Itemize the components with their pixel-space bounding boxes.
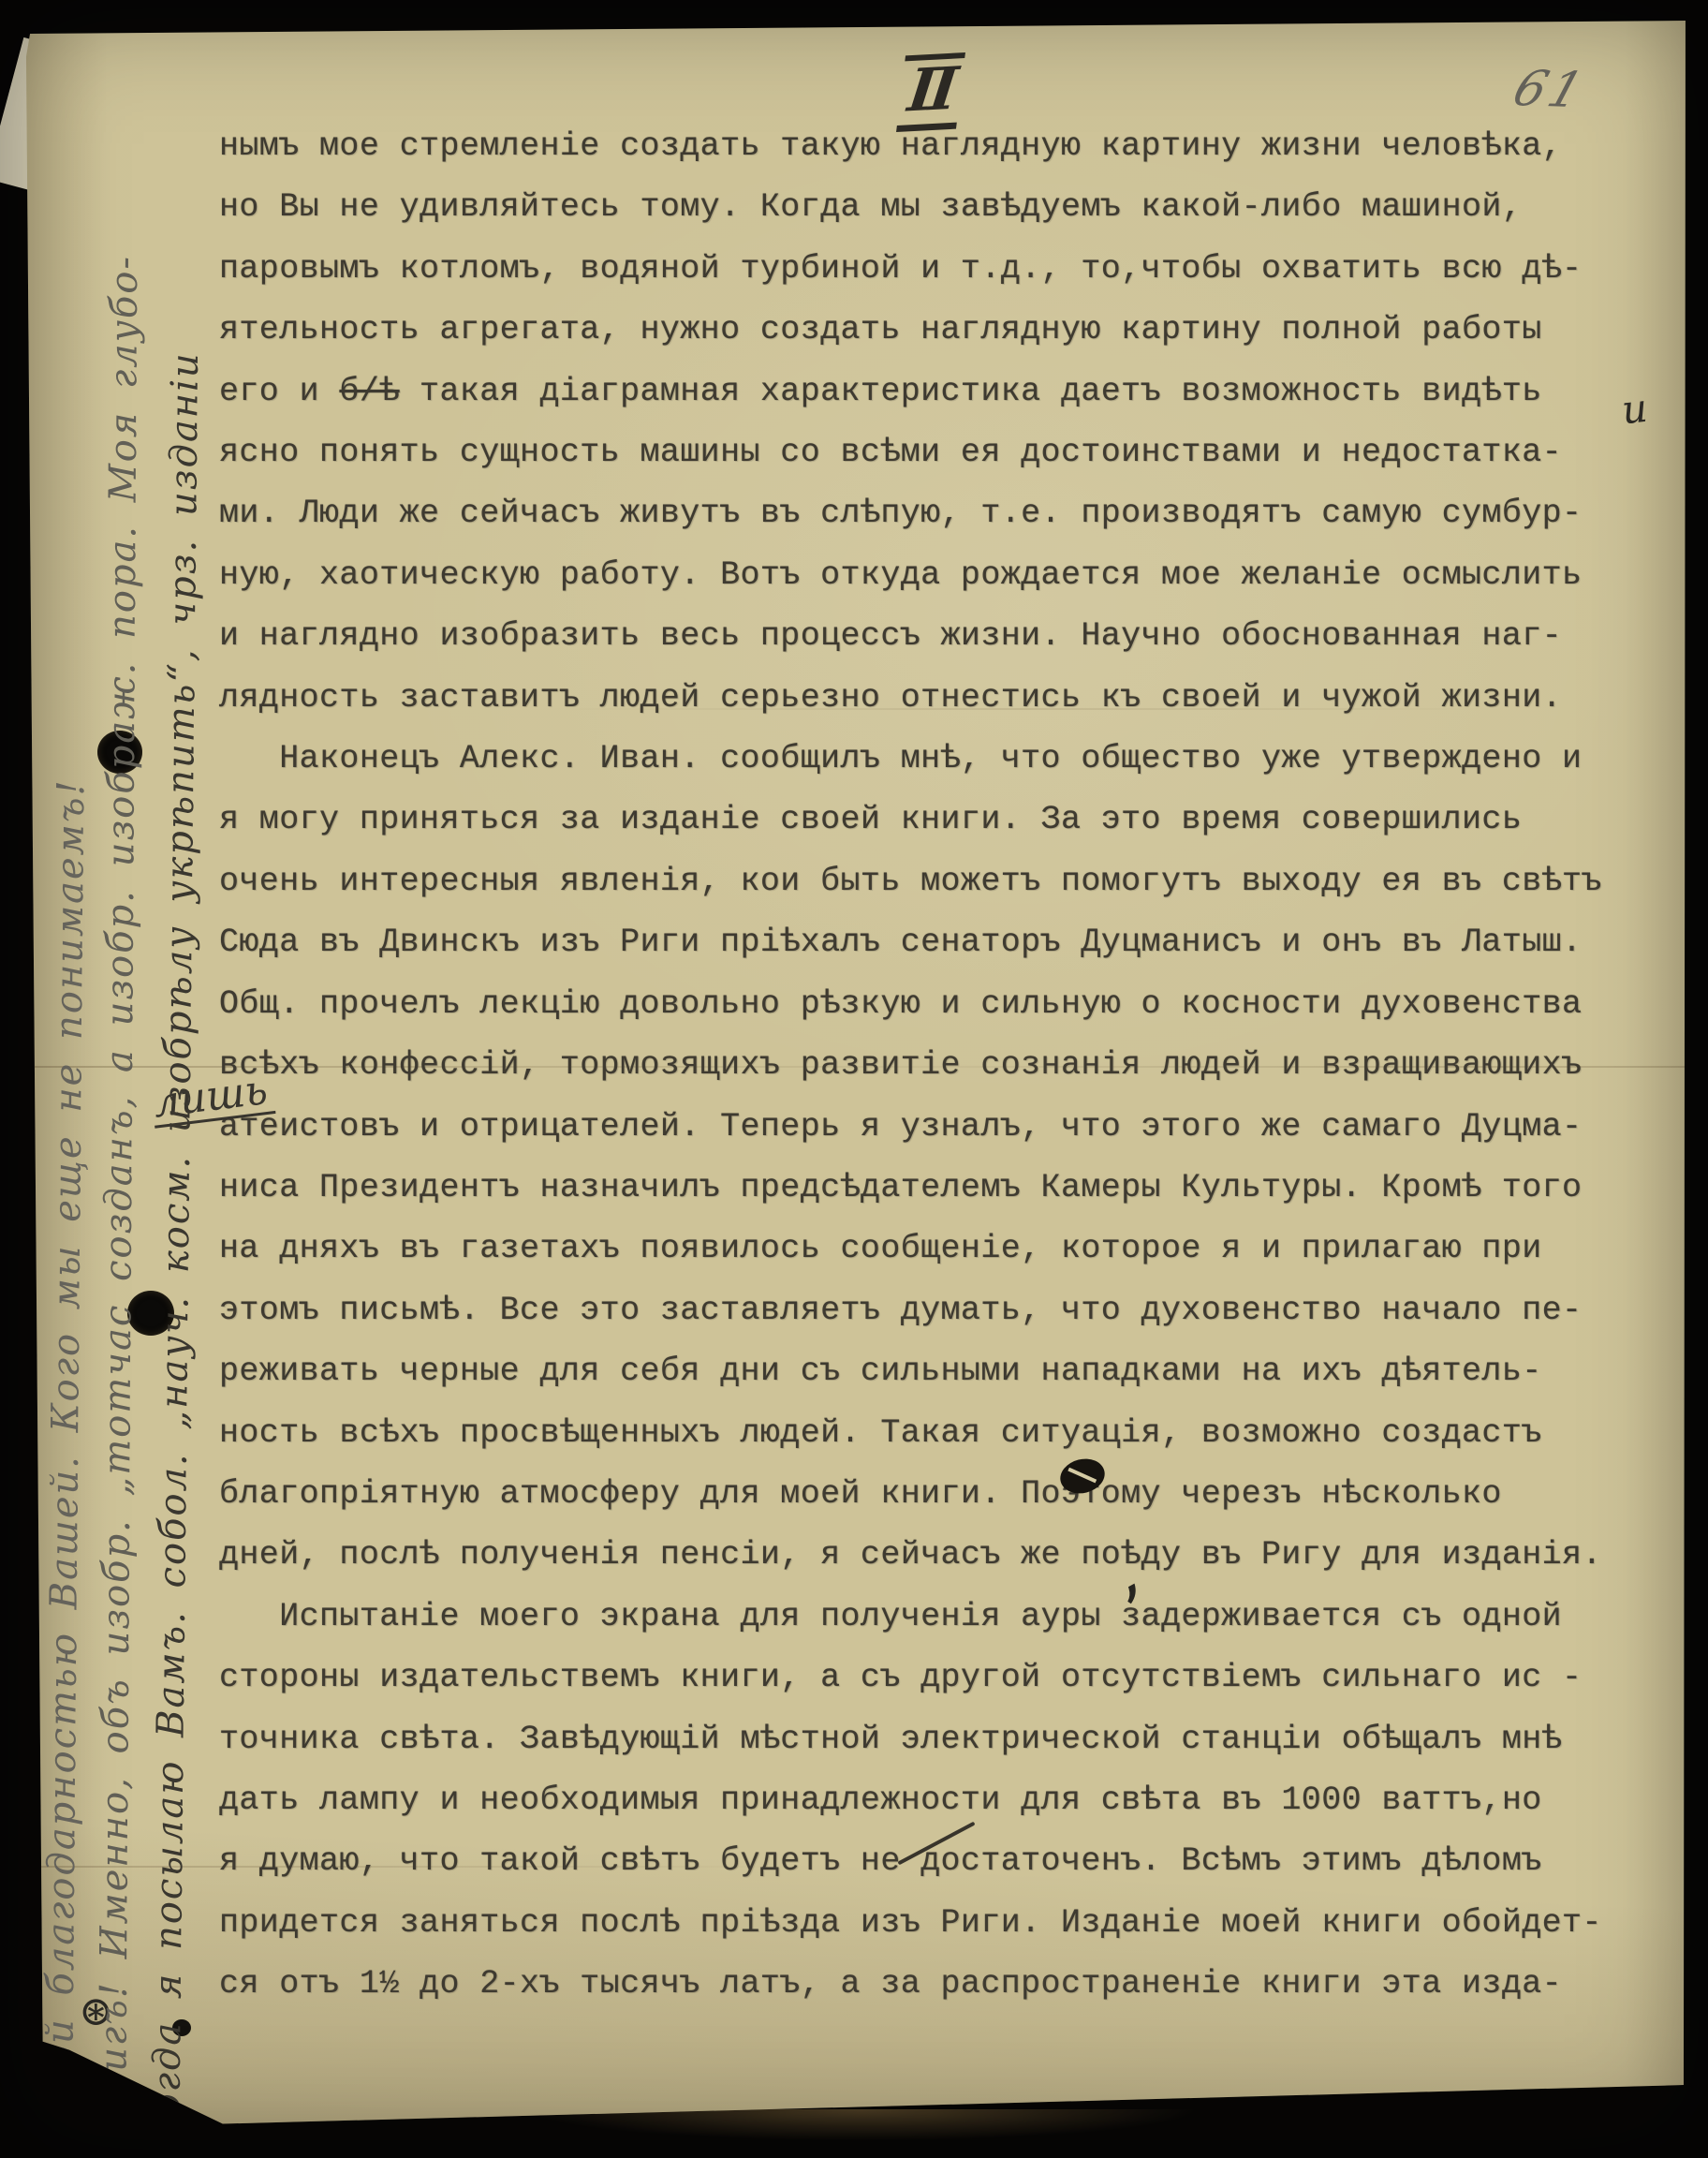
typed-line: на дняхъ въ газетахъ появилось сообщеніе… [219,1219,1666,1279]
typed-line: Общ. прочелъ лекцію довольно рѣзкую и си… [219,974,1666,1035]
typed-line: ятельность агрегата, нужно создать нагля… [219,300,1666,361]
strikethrough-text: б/ѣ [339,373,399,410]
typed-line: дать лампу и необходимыя принадлежности … [219,1770,1666,1831]
typed-line: дней, послѣ полученія пенсіи, я сейчасъ … [219,1525,1666,1586]
typed-line: лядность заставитъ людей серьезно отнест… [219,668,1666,729]
typed-line: реживать черные для себя дни съ сильными… [219,1341,1666,1402]
typed-line: ниса Президентъ назначилъ предсѣдателемъ… [219,1158,1666,1219]
typed-line: ность всѣхъ просвѣщенныхъ людей. Такая с… [219,1403,1666,1464]
typed-line: этомъ письмѣ. Все это заставляетъ думать… [219,1280,1666,1341]
document-scan: { "page": { "section_numeral": "II", "pa… [0,0,1708,2158]
typed-line: Наконецъ Алекс. Иван. сообщилъ мнѣ, что … [219,729,1666,790]
typed-line: ную, хаотическую работу. Вотъ откуда рож… [219,545,1666,606]
typed-line: точника свѣта. Завѣдующій мѣстной электр… [219,1709,1666,1770]
typed-line: ясно понять сущность машины со всѣми ея … [219,422,1666,483]
scan-smear [524,2109,1199,2141]
typed-line: ми. Люди же сейчасъ живутъ въ слѣпую, т.… [219,483,1666,544]
typed-line: его и б/ѣ такая діаграмная характеристик… [219,362,1666,422]
typed-line: атеистовъ и отрицателей. Теперь я узналъ… [219,1097,1666,1158]
typed-text: нымъ мое стремленіе создать такую нагляд… [219,116,1666,2016]
typed-line: всѣхъ конфессій, тормозящихъ развитіе со… [219,1035,1666,1096]
typed-line: стороны издательствемъ книги, а съ друго… [219,1648,1666,1708]
typed-line: Сюда въ Двинскъ изъ Риги пріѣхалъ сенато… [219,912,1666,973]
handwritten-insertion-i: и [1620,385,1650,434]
letter-page: II 61 нымъ мое стремленіе создать такую … [24,19,1691,2128]
typed-line: придется заняться послѣ пріѣзда изъ Риги… [219,1893,1666,1954]
typed-line: но Вы не удивляйтесь тому. Когда мы завѣ… [219,177,1666,238]
typed-line: и наглядно изобразить весь процессъ жизн… [219,606,1666,667]
typed-line: благопріятную атмосферу для моей книги. … [219,1464,1666,1525]
margin-note: кой благодарностью Вашей. Кого мы еще не… [34,67,194,2147]
page-number: 61 [1507,61,1594,120]
typed-line: нымъ мое стремленіе создать такую нагляд… [219,116,1666,177]
typed-line: ся отъ 1½ до 2-хъ тысячъ латъ, а за расп… [219,1954,1666,2015]
typed-line: очень интересныя явленія, кои быть может… [219,851,1666,912]
typed-line: Испытаніе моего экрана для полученія аур… [219,1587,1666,1648]
typed-line: паровымъ котломъ, водяной турбиной и т.д… [219,239,1666,300]
typed-line: я могу приняться за изданіе своей книги.… [219,790,1666,850]
margin-note-line: Тогда я посылаю Вамъ. собол. „науч. косм… [140,67,215,2143]
